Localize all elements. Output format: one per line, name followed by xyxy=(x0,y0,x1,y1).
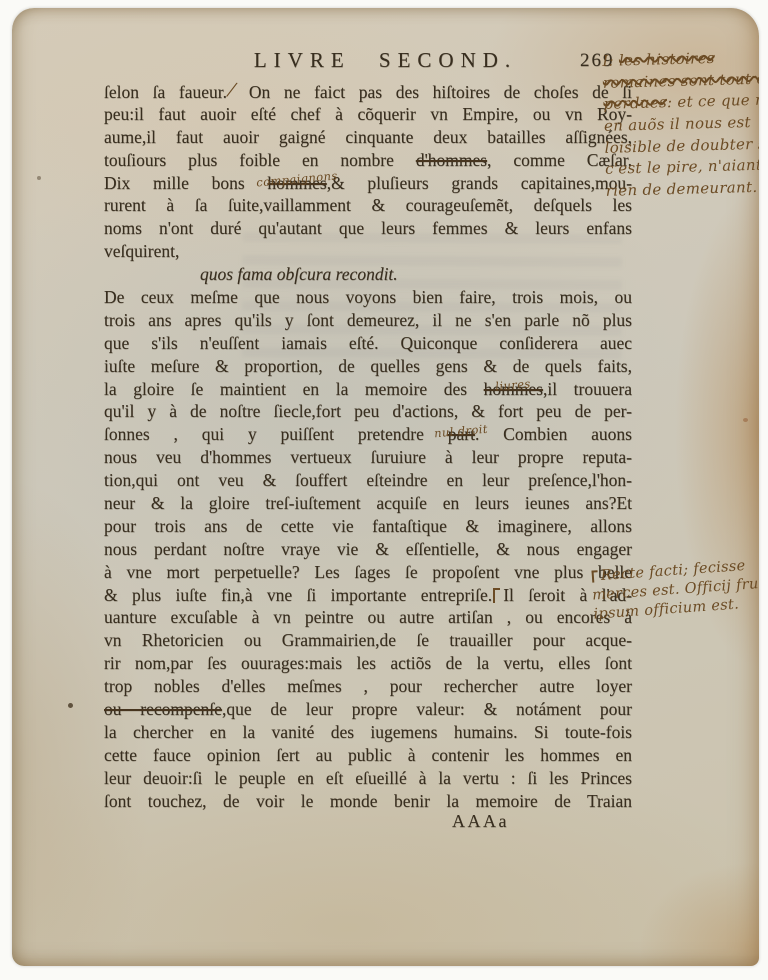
print-text: aume,il faut auoir gaigné cinquante deux… xyxy=(104,127,632,147)
body-text-block: ſelon ſa faueur./ On ne faict pas des hi… xyxy=(104,80,632,813)
print-text: la gloire ſe maintient en la memoire des xyxy=(104,379,484,399)
text-line: leur deuoir:ſi le peuple en eſt eſueillé… xyxy=(104,767,632,790)
text-line: noms n'ont duré qu'autant que leurs femm… xyxy=(104,217,632,240)
print-text: Dix mille bons xyxy=(104,173,267,193)
print-text: à vne mort perpetuelle? Les ſages ſe pro… xyxy=(104,562,632,582)
insertion-mark xyxy=(493,588,500,603)
handwritten-text: : et ce que n xyxy=(667,91,759,112)
text-line: nous perdant noſtre vraye vie & eſſentie… xyxy=(104,538,632,561)
print-text: nous perdant noſtre vraye vie & eſſentie… xyxy=(104,539,632,559)
print-text: On ne faict pas des hiſtoires de choſes … xyxy=(235,82,632,102)
text-line: trois ans apres qu'ils y ſont demeurez, … xyxy=(104,309,632,332)
print-text: ſonnes , qui y puiſſent pretendre xyxy=(104,424,448,444)
struck-text: les histoires xyxy=(619,49,715,70)
handwritten-text: rien de demeurant. xyxy=(605,178,757,200)
corrected-word: compaignonshommes xyxy=(267,173,326,193)
text-line: que s'ils n'euſſent iamais eſté. Quiconq… xyxy=(104,332,632,355)
book-page: LIVRE SECOND. 269 ſelon ſa faueur./ On n… xyxy=(12,8,759,966)
text-line: veſquirent, xyxy=(104,240,632,263)
struck-text: ou recompenſe xyxy=(104,699,222,719)
print-text: ,& pluſieurs grands capitaines,mou- xyxy=(327,173,632,193)
ink-speck xyxy=(743,418,748,422)
text-line: Dix mille bons compaignonshommes,& pluſi… xyxy=(104,172,632,195)
text-line: vn Rhetoricien ou Grammairien,de ſe trau… xyxy=(104,629,632,652)
text-line: cette fauce opinion ſert au public à con… xyxy=(104,744,632,767)
text-line: iuſte meſure & proportion, de quelles ge… xyxy=(104,355,632,378)
print-text: De ceux meſme que nous voyons bien faire… xyxy=(104,287,632,307)
print-text: iuſte meſure & proportion, de quelles ge… xyxy=(104,356,632,376)
text-line: ſelon ſa faueur./ On ne faict pas des hi… xyxy=(104,80,632,103)
text-line: rurent à ſa ſuite,vaillamment & courageu… xyxy=(104,194,632,217)
print-text: vn Rhetoricien ou Grammairien,de ſe trau… xyxy=(104,630,632,650)
print-text: rurent à ſa ſuite,vaillamment & courageu… xyxy=(104,195,632,215)
text-line: De ceux meſme que nous voyons bien faire… xyxy=(104,286,632,309)
print-text: touſiours plus foible en nombre xyxy=(104,150,416,170)
text-line: tion,qui ont veu & ſouffert eſteindre en… xyxy=(104,469,632,492)
text-line: trop nobles d'elles meſmes , pour recher… xyxy=(104,675,632,698)
text-line: ou recompenſe,que de leur propre valeur:… xyxy=(104,698,632,721)
corrected-word: liureshommes xyxy=(484,379,543,399)
print-text: pour trois ans de cette vie fantaſtique … xyxy=(104,516,632,536)
struck-text: romaines sont tout e xyxy=(603,69,759,91)
text-line: la gloire ſe maintient en la memoire des… xyxy=(104,378,632,401)
text-line: quos fama obſcura recondit. xyxy=(104,263,632,286)
print-text: ſelon ſa faueur. xyxy=(104,82,227,102)
corrected-word: nul droitpart xyxy=(448,424,475,444)
print-text: neur & la gloire treſ-iuſtement acquiſe … xyxy=(104,493,632,513)
ink-speck xyxy=(68,703,73,708)
signature-mark: AAAa xyxy=(452,811,509,832)
text-line: la chercher en la vanité des iugemens hu… xyxy=(104,721,632,744)
photo-backdrop: { "colors": { "bg": "#fafaf7", "paper": … xyxy=(0,0,768,980)
text-line: ſont touchez, de voir le monde benir la … xyxy=(104,790,632,813)
marginalia-note-top: I: les histoiresromaines sont tout eperd… xyxy=(602,45,759,203)
handwritten-text: c'est le pire, n'aiant xyxy=(605,156,759,178)
print-text: qu'il y à de noſtre ſiecle,fort peu d'ac… xyxy=(104,401,632,421)
text-line: uanture excuſable à vn peintre ou autre … xyxy=(104,606,632,629)
struck-text: d'hommes xyxy=(416,150,487,170)
text-line: touſiours plus foible en nombre d'hommes… xyxy=(104,149,632,172)
text-line: & plus iuſte fin,à vne ſi importante ent… xyxy=(104,584,632,607)
print-text: trois ans apres qu'ils y ſont demeurez, … xyxy=(104,310,632,330)
print-text: . Combien auons xyxy=(475,424,632,444)
insertion-mark xyxy=(591,570,598,582)
handwritten-text: loisible de doubter si xyxy=(604,134,759,156)
struck-text: perdues xyxy=(603,94,667,114)
print-text: la chercher en la vanité des iugemens hu… xyxy=(104,722,632,742)
text-line: aume,il faut auoir gaigné cinquante deux… xyxy=(104,126,632,149)
handwritten-text: I: xyxy=(602,51,619,69)
print-text: peu:il faut auoir eſté chef à cõquerir v… xyxy=(104,104,632,124)
print-text: cette fauce opinion ſert au public à con… xyxy=(104,745,632,765)
print-text: rir nom,par ſes ouurages:mais les actiõs… xyxy=(104,653,632,673)
print-text: ,il trouuera xyxy=(543,379,632,399)
text-line: nous veu d'hommes vertueux ſuruiure à le… xyxy=(104,446,632,469)
text-line: à vne mort perpetuelle? Les ſages ſe pro… xyxy=(104,561,632,584)
print-text: ,que de leur propre valeur: & notáment p… xyxy=(222,699,632,719)
print-text: ſont touchez, de voir le monde benir la … xyxy=(104,791,632,811)
print-text: leur deuoir:ſi le peuple en eſt eſueillé… xyxy=(104,768,632,788)
print-text: nous veu d'hommes vertueux ſuruiure à le… xyxy=(104,447,632,467)
text-line: qu'il y à de noſtre ſiecle,fort peu d'ac… xyxy=(104,400,632,423)
text-line: ſonnes , qui y puiſſent pretendre nul dr… xyxy=(104,423,632,446)
print-text: quos fama obſcura recondit. xyxy=(200,264,398,284)
print-text: tion,qui ont veu & ſouffert eſteindre en… xyxy=(104,470,632,490)
print-text: & plus iuſte fin,à vne ſi importante ent… xyxy=(104,585,492,605)
print-text: noms n'ont duré qu'autant que leurs femm… xyxy=(104,218,632,238)
text-line: pour trois ans de cette vie fantaſtique … xyxy=(104,515,632,538)
handwritten-text: en auõs il nous est xyxy=(604,113,751,135)
ink-speck xyxy=(37,176,41,180)
print-text: trop nobles d'elles meſmes , pour recher… xyxy=(104,676,632,696)
text-line: peu:il faut auoir eſté chef à cõquerir v… xyxy=(104,103,632,126)
print-text: veſquirent, xyxy=(104,241,179,261)
print-text: uanture excuſable à vn peintre ou autre … xyxy=(104,607,632,627)
text-line: neur & la gloire treſ-iuſtement acquiſe … xyxy=(104,492,632,515)
print-text: que s'ils n'euſſent iamais eſté. Quiconq… xyxy=(104,333,632,353)
text-line: rir nom,par ſes ouurages:mais les actiõs… xyxy=(104,652,632,675)
